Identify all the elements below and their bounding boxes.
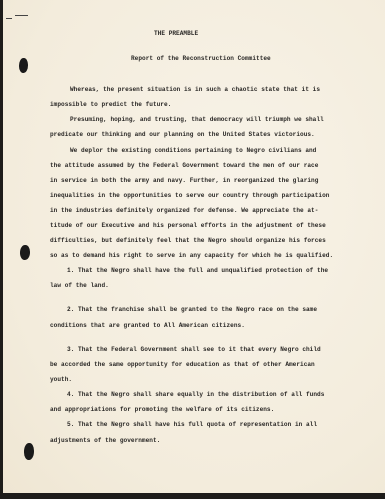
punch-hole-top: [19, 58, 28, 73]
page-title: THE PREAMBLE: [154, 30, 198, 37]
pen-mark: [15, 15, 28, 16]
body-line: the attitude assumed by the Federal Gove…: [50, 162, 318, 169]
body-line: predicate our thinking and our planning …: [50, 131, 315, 138]
list-item-3-cont: be accorded the same opportunity for edu…: [50, 361, 315, 368]
body-line: difficulties, but definitely feel that t…: [50, 237, 326, 244]
punch-hole-bottom: [24, 443, 34, 460]
body-line: Whereas, the present situation is in suc…: [70, 86, 320, 93]
list-item-1: 1. That the Negro shall have the full an…: [67, 267, 328, 274]
body-line: inequalities in the opportunities to ser…: [50, 192, 329, 199]
body-line: impossible to predict the future.: [50, 101, 171, 108]
list-item-5: 5. That the Negro shall have his full qu…: [67, 421, 317, 428]
punch-hole-middle: [20, 245, 30, 260]
list-item-2: 2. That the franchise shall be granted t…: [67, 306, 317, 313]
list-item-3: 3. That the Federal Government shall see…: [67, 346, 321, 353]
list-item-1-cont: law of the land.: [50, 282, 109, 289]
body-line: Presuming, hoping, and trusting, that de…: [70, 116, 324, 123]
list-item-4: 4. That the Negro shall share equally in…: [67, 391, 324, 398]
body-line: We deplor the existing conditions pertai…: [70, 147, 316, 154]
document-page: THE PREAMBLE Report of the Reconstructio…: [3, 0, 385, 493]
body-line: titude of our Executive and his personal…: [50, 222, 326, 229]
pen-mark: [6, 18, 12, 19]
page-subtitle: Report of the Reconstruction Committee: [131, 55, 271, 62]
body-line: so as to demand his right to serve in an…: [50, 252, 333, 259]
list-item-4-cont: and appropriations for promoting the wel…: [50, 406, 274, 413]
list-item-3-cont: youth.: [50, 376, 72, 383]
body-line: in the industries definitely organized f…: [50, 207, 318, 214]
list-item-5-cont: adjustments of the government.: [50, 437, 160, 444]
list-item-2-cont: conditions that are granted to All Ameri…: [50, 322, 245, 329]
body-line: in service in both the army and navy. Fu…: [50, 177, 318, 184]
